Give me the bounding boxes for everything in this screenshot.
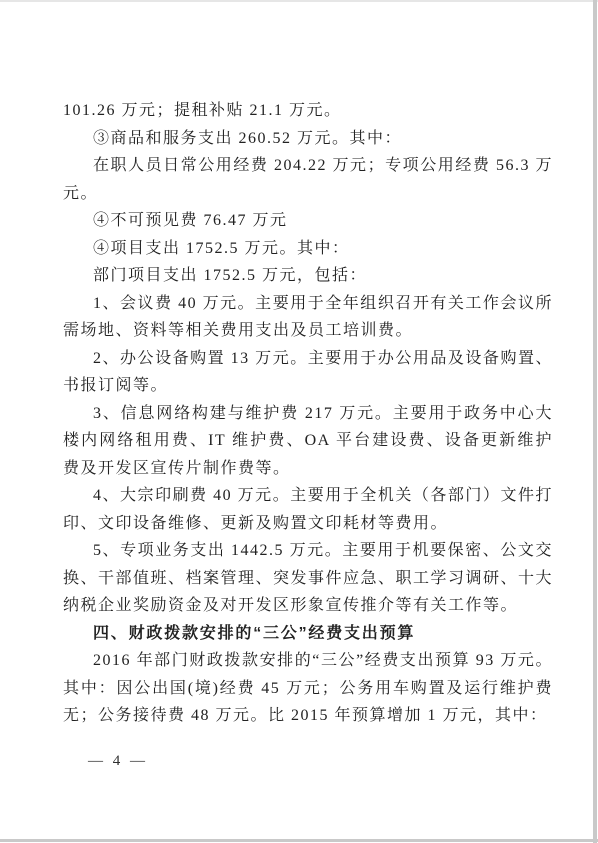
paragraph: 在职人员日常公用经费 204.22 万元；专项公用经费 56.3 万元。 (63, 152, 553, 207)
paragraph: 3、信息网络构建与维护费 217 万元。主要用于政务中心大楼内网络租用费、IT … (63, 400, 553, 483)
scan-edge-bottom (0, 839, 598, 842)
paragraph: 2、办公设备购置 13 万元。主要用于办公用品及设备购置、书报订阅等。 (63, 345, 553, 400)
paragraph: 2016 年部门财政拨款安排的“三公”经费支出预算 93 万元。其中：因公出国(… (63, 647, 553, 730)
page-number: — 4 — (88, 753, 148, 770)
document-page: 101.26 万元；提租补贴 21.1 万元。③商品和服务支出 260.52 万… (0, 0, 598, 843)
paragraph: 1、会议费 40 万元。主要用于全年组织召开有关工作会议所需场地、资料等相关费用… (63, 290, 553, 345)
paragraph: 5、专项业务支出 1442.5 万元。主要用于机要保密、公文交换、干部值班、档案… (63, 537, 553, 620)
paragraph: 部门项目支出 1752.5 万元，包括： (63, 262, 553, 290)
paragraph: 4、大宗印刷费 40 万元。主要用于全机关（各部门）文件打印、文印设备维修、更新… (63, 482, 553, 537)
scan-edge-top (0, 0, 598, 2)
document-body: 101.26 万元；提租补贴 21.1 万元。③商品和服务支出 260.52 万… (63, 97, 553, 730)
paragraph: ④不可预见费 76.47 万元 (63, 207, 553, 235)
scan-edge-right (593, 0, 597, 843)
section-heading: 四、财政拨款安排的“三公”经费支出预算 (63, 620, 553, 648)
paragraph: ④项目支出 1752.5 万元。其中： (63, 235, 553, 263)
paragraph: 101.26 万元；提租补贴 21.1 万元。 (63, 97, 553, 125)
paragraph: ③商品和服务支出 260.52 万元。其中： (63, 125, 553, 153)
